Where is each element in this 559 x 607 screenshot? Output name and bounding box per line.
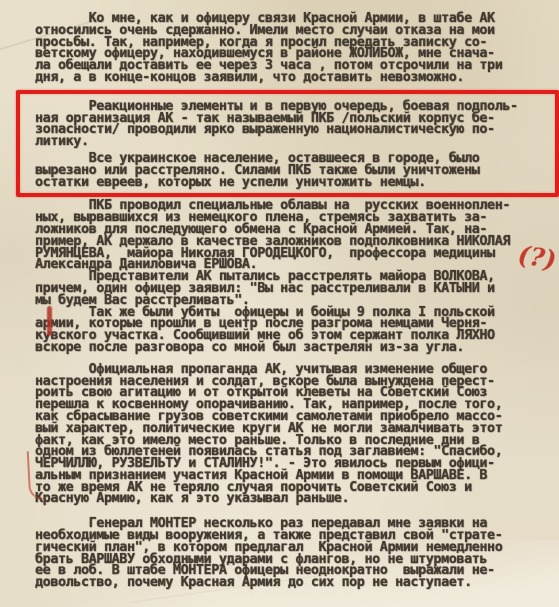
text-line: зопасности/ проводили ярко выраженную на… — [35, 124, 549, 136]
paragraph-pkb-raids: ПКБ проводил специальные облавы на русск… — [35, 200, 547, 353]
text-line: дня, а в конце-концов заявили, что доста… — [35, 72, 547, 84]
text-line: Красную Армию, как я это указывал раньше… — [35, 493, 547, 505]
text-line: литику. — [35, 136, 549, 148]
paragraph-propaganda: Официальная пропаганда АК, учитывая изме… — [35, 364, 547, 506]
red-highlight-box: Реакционные элементы и в первую очередь,… — [16, 90, 559, 198]
text-line: довольство, почему Красная Армия до сих … — [35, 577, 547, 589]
paragraph-monter: Генерал МОНТЕР несколько раз передавал м… — [35, 518, 547, 589]
typewritten-text-column: Ко мне, как и офицеру связи Красной Арми… — [35, 13, 547, 589]
text-line: остатки евреев, которых не успели уничто… — [35, 177, 549, 189]
scanned-document-page: Ко мне, как и офицеру связи Красной Арми… — [0, 0, 559, 607]
highlighted-paragraph-reactionary: Реакционные элементы и в первую очередь,… — [35, 101, 549, 148]
highlighted-paragraph-population: Все украинское население, оставшееся в г… — [35, 153, 549, 188]
text-line: вскоре после разговора со мной был застр… — [35, 342, 547, 354]
paragraph-intro: Ко мне, как и офицеру связи Красной Арми… — [35, 13, 547, 84]
